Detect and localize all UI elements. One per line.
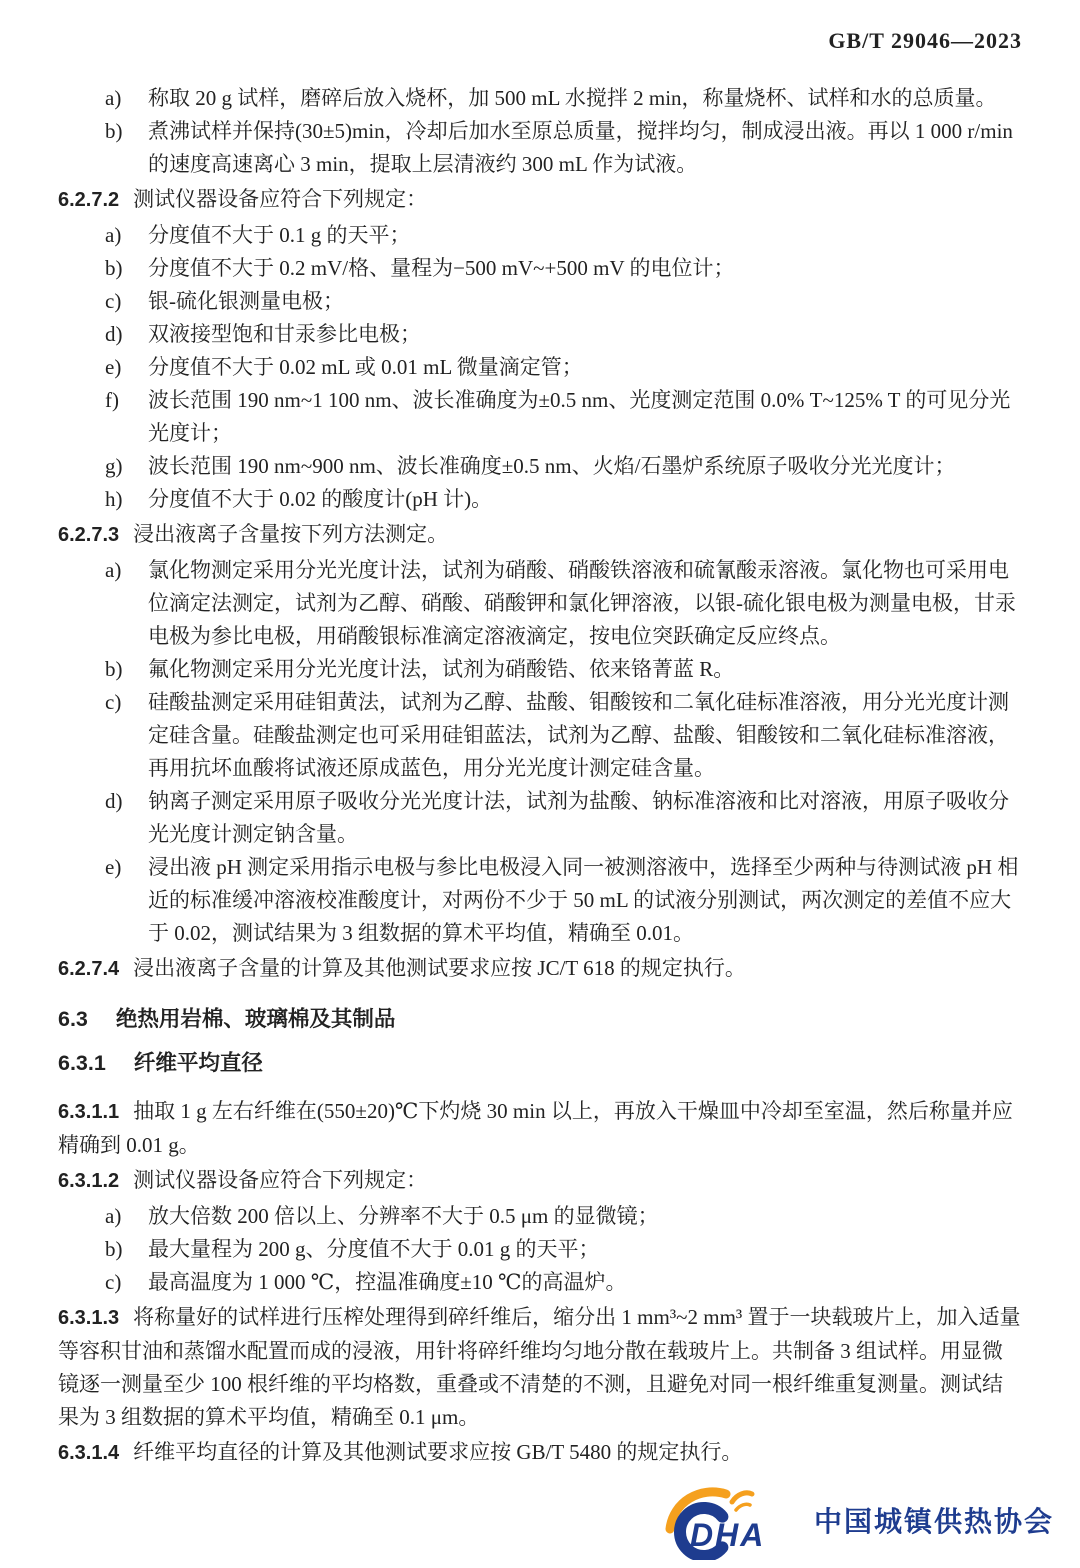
section-heading-6-3: 6.3绝热用岩棉、玻璃棉及其制品 bbox=[58, 1003, 1022, 1036]
list-item-text: 煮沸试样并保持(30±5)min，冷却后加水至原总质量，搅拌均匀，制成浸出液。再… bbox=[148, 119, 1013, 176]
list-marker: a) bbox=[105, 219, 121, 252]
list-item: g) 波长范围 190 nm~900 nm、波长准确度±0.5 nm、火焰/石墨… bbox=[58, 450, 1022, 483]
list-marker: e) bbox=[105, 851, 121, 884]
list-marker: a) bbox=[105, 554, 121, 587]
list-item-text: 浸出液 pH 测定采用指示电极与参比电极浸入同一被测溶液中，选择至少两种与待测试… bbox=[148, 855, 1018, 945]
clause-number: 6.2.7.3 bbox=[58, 524, 119, 546]
doc-number-header: GB/T 29046—2023 bbox=[58, 28, 1022, 54]
list-item: c) 银-硫化银测量电极； bbox=[58, 285, 1022, 318]
list-marker: e) bbox=[105, 351, 121, 384]
clause-number: 6.3.1.1 bbox=[58, 1101, 119, 1123]
list-item: h) 分度值不大于 0.02 的酸度计(pH 计)。 bbox=[58, 483, 1022, 516]
list-item-text: 氯化物测定采用分光光度计法，试剂为硝酸、硝酸铁溶液和硫氰酸汞溶液。氯化物也可采用… bbox=[148, 558, 1016, 648]
list-marker: c) bbox=[105, 1266, 121, 1299]
list-marker: a) bbox=[105, 82, 121, 115]
clause-number: 6.2.7.2 bbox=[58, 189, 119, 211]
list-item: b) 氟化物测定采用分光光度计法，试剂为硝酸锆、依来铬菁蓝 R。 bbox=[58, 653, 1022, 686]
list-item: a) 称取 20 g 试样，磨碎后放入烧杯，加 500 mL 水搅拌 2 min… bbox=[58, 82, 1022, 115]
list-marker: d) bbox=[105, 318, 123, 351]
clause-6-2-7-4: 6.2.7.4浸出液离子含量的计算及其他测试要求应按 JC/T 618 的规定执… bbox=[58, 952, 1022, 986]
list-item: b) 最大量程为 200 g、分度值不大于 0.01 g 的天平； bbox=[58, 1233, 1022, 1266]
clause-6-3-1-3: 6.3.1.3将称量好的试样进行压榨处理得到碎纤维后，缩分出 1 mm³~2 m… bbox=[58, 1301, 1022, 1434]
list-item-text: 分度值不大于 0.2 mV/格、量程为−500 mV~+500 mV 的电位计； bbox=[148, 256, 735, 280]
association-logo: DHA 中国城镇供热协会 bbox=[660, 1482, 1054, 1560]
list-marker: a) bbox=[105, 1200, 121, 1233]
list-item-text: 分度值不大于 0.02 mL 或 0.01 mL 微量滴定管； bbox=[148, 355, 583, 379]
clause-text: 浸出液离子含量的计算及其他测试要求应按 JC/T 618 的规定执行。 bbox=[133, 956, 746, 980]
list-marker: b) bbox=[105, 653, 123, 686]
clause-text: 浸出液离子含量按下列方法测定。 bbox=[133, 522, 448, 546]
clause-text: 将称量好的试样进行压榨处理得到碎纤维后，缩分出 1 mm³~2 mm³ 置于一块… bbox=[58, 1305, 1020, 1429]
list-item-text: 最高温度为 1 000 ℃，控温准确度±10 ℃的高温炉。 bbox=[148, 1270, 627, 1294]
list-item: a) 放大倍数 200 倍以上、分辨率不大于 0.5 μm 的显微镜； bbox=[58, 1200, 1022, 1233]
clause-text: 测试仪器设备应符合下列规定： bbox=[133, 1168, 427, 1192]
section-heading-6-3-1: 6.3.1纤维平均直径 bbox=[58, 1047, 1022, 1080]
list-item-text: 钠离子测定采用原子吸收分光光度计法，试剂为盐酸、钠标准溶液和比对溶液，用原子吸收… bbox=[148, 789, 1009, 846]
heading-number: 6.3 bbox=[58, 1007, 88, 1031]
list-marker: b) bbox=[105, 252, 123, 285]
clause-number: 6.3.1.2 bbox=[58, 1170, 119, 1192]
list-marker: c) bbox=[105, 285, 121, 318]
heading-number: 6.3.1 bbox=[58, 1051, 106, 1075]
list-item: c) 硅酸盐测定采用硅钼黄法，试剂为乙醇、盐酸、钼酸铵和二氧化硅标准溶液，用分光… bbox=[58, 686, 1022, 785]
list-item: a) 分度值不大于 0.1 g 的天平； bbox=[58, 219, 1022, 252]
clause-number: 6.3.1.3 bbox=[58, 1307, 119, 1329]
clause-number: 6.3.1.4 bbox=[58, 1442, 119, 1464]
list-item-text: 波长范围 190 nm~900 nm、波长准确度±0.5 nm、火焰/石墨炉系统… bbox=[148, 454, 955, 478]
list-item-text: 双液接型饱和甘汞参比电极； bbox=[148, 322, 421, 346]
clause-number: 6.2.7.4 bbox=[58, 958, 119, 980]
list-item: a) 氯化物测定采用分光光度计法，试剂为硝酸、硝酸铁溶液和硫氰酸汞溶液。氯化物也… bbox=[58, 554, 1022, 653]
clause-6-2-7-3: 6.2.7.3浸出液离子含量按下列方法测定。 bbox=[58, 518, 1022, 552]
list-marker: f) bbox=[105, 384, 119, 417]
list-item-text: 氟化物测定采用分光光度计法，试剂为硝酸锆、依来铬菁蓝 R。 bbox=[148, 657, 734, 681]
clause-text: 测试仪器设备应符合下列规定： bbox=[133, 187, 427, 211]
list-item: d) 双液接型饱和甘汞参比电极； bbox=[58, 318, 1022, 351]
list-item-text: 放大倍数 200 倍以上、分辨率不大于 0.5 μm 的显微镜； bbox=[148, 1204, 659, 1228]
list-item: c) 最高温度为 1 000 ℃，控温准确度±10 ℃的高温炉。 bbox=[58, 1266, 1022, 1299]
list: a) 放大倍数 200 倍以上、分辨率不大于 0.5 μm 的显微镜； b) 最… bbox=[58, 1200, 1022, 1299]
list-marker: h) bbox=[105, 483, 123, 516]
clause-text: 抽取 1 g 左右纤维在(550±20)℃下灼烧 30 min 以上，再放入干燥… bbox=[58, 1099, 1013, 1157]
clause-6-3-1-1: 6.3.1.1抽取 1 g 左右纤维在(550±20)℃下灼烧 30 min 以… bbox=[58, 1095, 1022, 1162]
clause-text: 纤维平均直径的计算及其他测试要求应按 GB/T 5480 的规定执行。 bbox=[133, 1440, 742, 1464]
list-item: f) 波长范围 190 nm~1 100 nm、波长准确度为±0.5 nm、光度… bbox=[58, 384, 1022, 450]
list-item-text: 分度值不大于 0.1 g 的天平； bbox=[148, 223, 411, 247]
logo-association-name: 中国城镇供热协会 bbox=[814, 1505, 1054, 1538]
list-marker: b) bbox=[105, 115, 123, 148]
heading-text: 纤维平均直径 bbox=[134, 1051, 263, 1075]
list-item-text: 分度值不大于 0.02 的酸度计(pH 计)。 bbox=[148, 487, 492, 511]
list-item-text: 最大量程为 200 g、分度值不大于 0.01 g 的天平； bbox=[148, 1237, 600, 1261]
list-item-text: 称取 20 g 试样，磨碎后放入烧杯，加 500 mL 水搅拌 2 min，称量… bbox=[148, 86, 997, 110]
list: a) 称取 20 g 试样，磨碎后放入烧杯，加 500 mL 水搅拌 2 min… bbox=[58, 82, 1022, 181]
list-item-text: 波长范围 190 nm~1 100 nm、波长准确度为±0.5 nm、光度测定范… bbox=[148, 388, 1010, 445]
cdha-logo-icon: DHA bbox=[660, 1482, 810, 1560]
list: a) 分度值不大于 0.1 g 的天平； b) 分度值不大于 0.2 mV/格、… bbox=[58, 219, 1022, 516]
list-item: b) 分度值不大于 0.2 mV/格、量程为−500 mV~+500 mV 的电… bbox=[58, 252, 1022, 285]
list-marker: c) bbox=[105, 686, 121, 719]
heading-text: 绝热用岩棉、玻璃棉及其制品 bbox=[116, 1007, 396, 1031]
clause-6-2-7-2: 6.2.7.2测试仪器设备应符合下列规定： bbox=[58, 183, 1022, 217]
list-item: d) 钠离子测定采用原子吸收分光光度计法，试剂为盐酸、钠标准溶液和比对溶液，用原… bbox=[58, 785, 1022, 851]
list-marker: g) bbox=[105, 450, 123, 483]
list-marker: b) bbox=[105, 1233, 123, 1266]
list-marker: d) bbox=[105, 785, 123, 818]
logo-acronym: DHA bbox=[690, 1517, 765, 1553]
clause-6-3-1-2: 6.3.1.2测试仪器设备应符合下列规定： bbox=[58, 1164, 1022, 1198]
list: a) 氯化物测定采用分光光度计法，试剂为硝酸、硝酸铁溶液和硫氰酸汞溶液。氯化物也… bbox=[58, 554, 1022, 950]
list-item-text: 硅酸盐测定采用硅钼黄法，试剂为乙醇、盐酸、钼酸铵和二氧化硅标准溶液，用分光光度计… bbox=[148, 690, 1009, 780]
list-item: b) 煮沸试样并保持(30±5)min，冷却后加水至原总质量，搅拌均匀，制成浸出… bbox=[58, 115, 1022, 181]
document-page: GB/T 29046—2023 a) 称取 20 g 试样，磨碎后放入烧杯，加 … bbox=[0, 0, 1080, 1568]
list-item: e) 分度值不大于 0.02 mL 或 0.01 mL 微量滴定管； bbox=[58, 351, 1022, 384]
clause-6-3-1-4: 6.3.1.4纤维平均直径的计算及其他测试要求应按 GB/T 5480 的规定执… bbox=[58, 1436, 1022, 1470]
list-item-text: 银-硫化银测量电极； bbox=[148, 289, 344, 313]
list-item: e) 浸出液 pH 测定采用指示电极与参比电极浸入同一被测溶液中，选择至少两种与… bbox=[58, 851, 1022, 950]
